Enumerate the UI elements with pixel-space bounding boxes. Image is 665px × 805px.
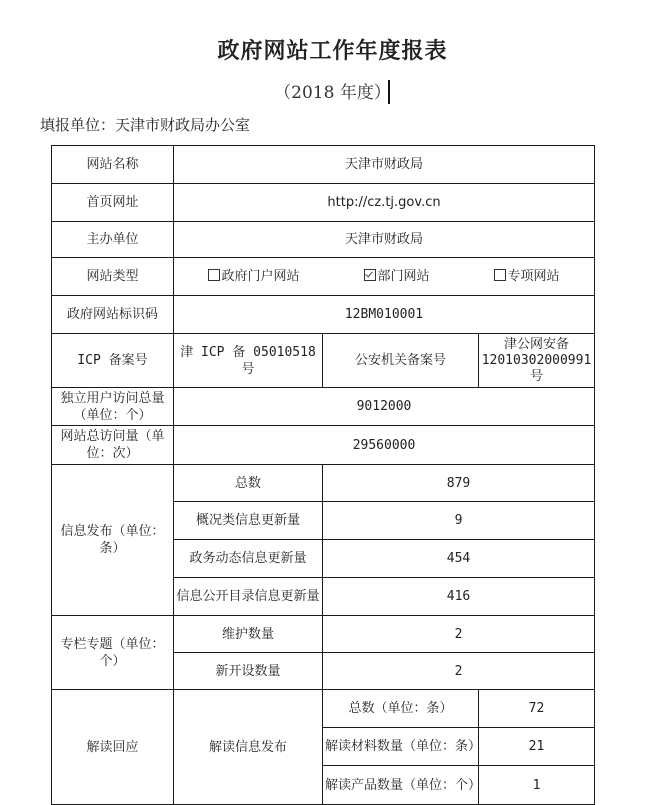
columns-row-label: 维护数量 bbox=[174, 616, 323, 653]
table-row: 信息发布（单位：条） 总数 879 bbox=[52, 465, 595, 502]
checkbox-unchecked-icon bbox=[494, 269, 506, 281]
report-title: 政府网站工作年度报表 bbox=[0, 34, 665, 65]
table-row: 主办单位 天津市财政局 bbox=[52, 222, 595, 258]
unique-visitors-value: 9012000 bbox=[174, 388, 595, 426]
info-row-label: 政务动态信息更新量 bbox=[174, 540, 323, 578]
interpretation-label: 解读回应 bbox=[52, 690, 174, 805]
report-year: （2018 年度） bbox=[0, 78, 665, 103]
info-row-value: 454 bbox=[323, 540, 595, 578]
interp-row-value: 21 bbox=[479, 728, 595, 766]
interp-row-value: 72 bbox=[479, 690, 595, 728]
homepage-url-value: http://cz.tj.gov.cn bbox=[174, 184, 595, 222]
icp-label: ICP 备案号 bbox=[52, 334, 174, 388]
total-visits-label: 网站总访问量（单位：次） bbox=[52, 426, 174, 465]
checkbox-checked-icon bbox=[364, 269, 376, 281]
table-row: 专栏专题（单位：个） 维护数量 2 bbox=[52, 616, 595, 653]
total-visits-value: 29560000 bbox=[174, 426, 595, 465]
info-row-label: 总数 bbox=[174, 465, 323, 502]
table-row: ICP 备案号 津 ICP 备 05010518 号 公安机关备案号 津公网安备… bbox=[52, 334, 595, 388]
info-row-label: 信息公开目录信息更新量 bbox=[174, 578, 323, 616]
table-row: 政府网站标识码 12BM010001 bbox=[52, 296, 595, 334]
info-row-value: 879 bbox=[323, 465, 595, 502]
site-type-label: 网站类型 bbox=[52, 258, 174, 296]
interp-row-label: 解读材料数量（单位：条） bbox=[323, 728, 479, 766]
columns-row-label: 新开设数量 bbox=[174, 653, 323, 690]
checkbox-unchecked-icon bbox=[208, 269, 220, 281]
table-row: 解读回应 解读信息发布 总数（单位：条） 72 bbox=[52, 690, 595, 728]
unique-visitors-label: 独立用户访问总量（单位：个） bbox=[52, 388, 174, 426]
police-record-value: 津公网安备 12010302000991 号 bbox=[479, 334, 595, 388]
site-id-code-value: 12BM010001 bbox=[174, 296, 595, 334]
organizer-label: 主办单位 bbox=[52, 222, 174, 258]
info-row-value: 416 bbox=[323, 578, 595, 616]
site-type-options: 政府门户网站 部门网站 专项网站 bbox=[174, 258, 595, 296]
columns-row-value: 2 bbox=[323, 616, 595, 653]
interp-row-label: 解读产品数量（单位：个） bbox=[323, 766, 479, 805]
interpretation-sub-label: 解读信息发布 bbox=[174, 690, 323, 805]
icp-value: 津 ICP 备 05010518 号 bbox=[174, 334, 323, 388]
site-type-special-checkbox[interactable]: 专项网站 bbox=[494, 268, 559, 285]
info-publish-label: 信息发布（单位：条） bbox=[52, 465, 174, 616]
table-row: 网站总访问量（单位：次） 29560000 bbox=[52, 426, 595, 465]
table-row: 网站名称 天津市财政局 bbox=[52, 146, 595, 184]
table-row: 首页网址 http://cz.tj.gov.cn bbox=[52, 184, 595, 222]
table-row: 独立用户访问总量（单位：个） 9012000 bbox=[52, 388, 595, 426]
interp-row-label: 总数（单位：条） bbox=[323, 690, 479, 728]
police-record-label: 公安机关备案号 bbox=[323, 334, 479, 388]
report-table: 网站名称 天津市财政局 首页网址 http://cz.tj.gov.cn 主办单… bbox=[51, 145, 595, 805]
site-type-portal-checkbox[interactable]: 政府门户网站 bbox=[208, 268, 299, 285]
site-type-department-checkbox[interactable]: 部门网站 bbox=[364, 268, 429, 285]
site-id-code-label: 政府网站标识码 bbox=[52, 296, 174, 334]
filler-unit: 填报单位：天津市财政局办公室 bbox=[40, 114, 250, 135]
site-name-label: 网站名称 bbox=[52, 146, 174, 184]
table-row: 网站类型 政府门户网站 部门网站 专项网站 bbox=[52, 258, 595, 296]
info-row-value: 9 bbox=[323, 502, 595, 540]
interp-row-value: 1 bbox=[479, 766, 595, 805]
columns-label: 专栏专题（单位：个） bbox=[52, 616, 174, 690]
site-name-value: 天津市财政局 bbox=[174, 146, 595, 184]
columns-row-value: 2 bbox=[323, 653, 595, 690]
info-row-label: 概况类信息更新量 bbox=[174, 502, 323, 540]
text-cursor bbox=[388, 80, 390, 104]
homepage-url-label: 首页网址 bbox=[52, 184, 174, 222]
organizer-value: 天津市财政局 bbox=[174, 222, 595, 258]
